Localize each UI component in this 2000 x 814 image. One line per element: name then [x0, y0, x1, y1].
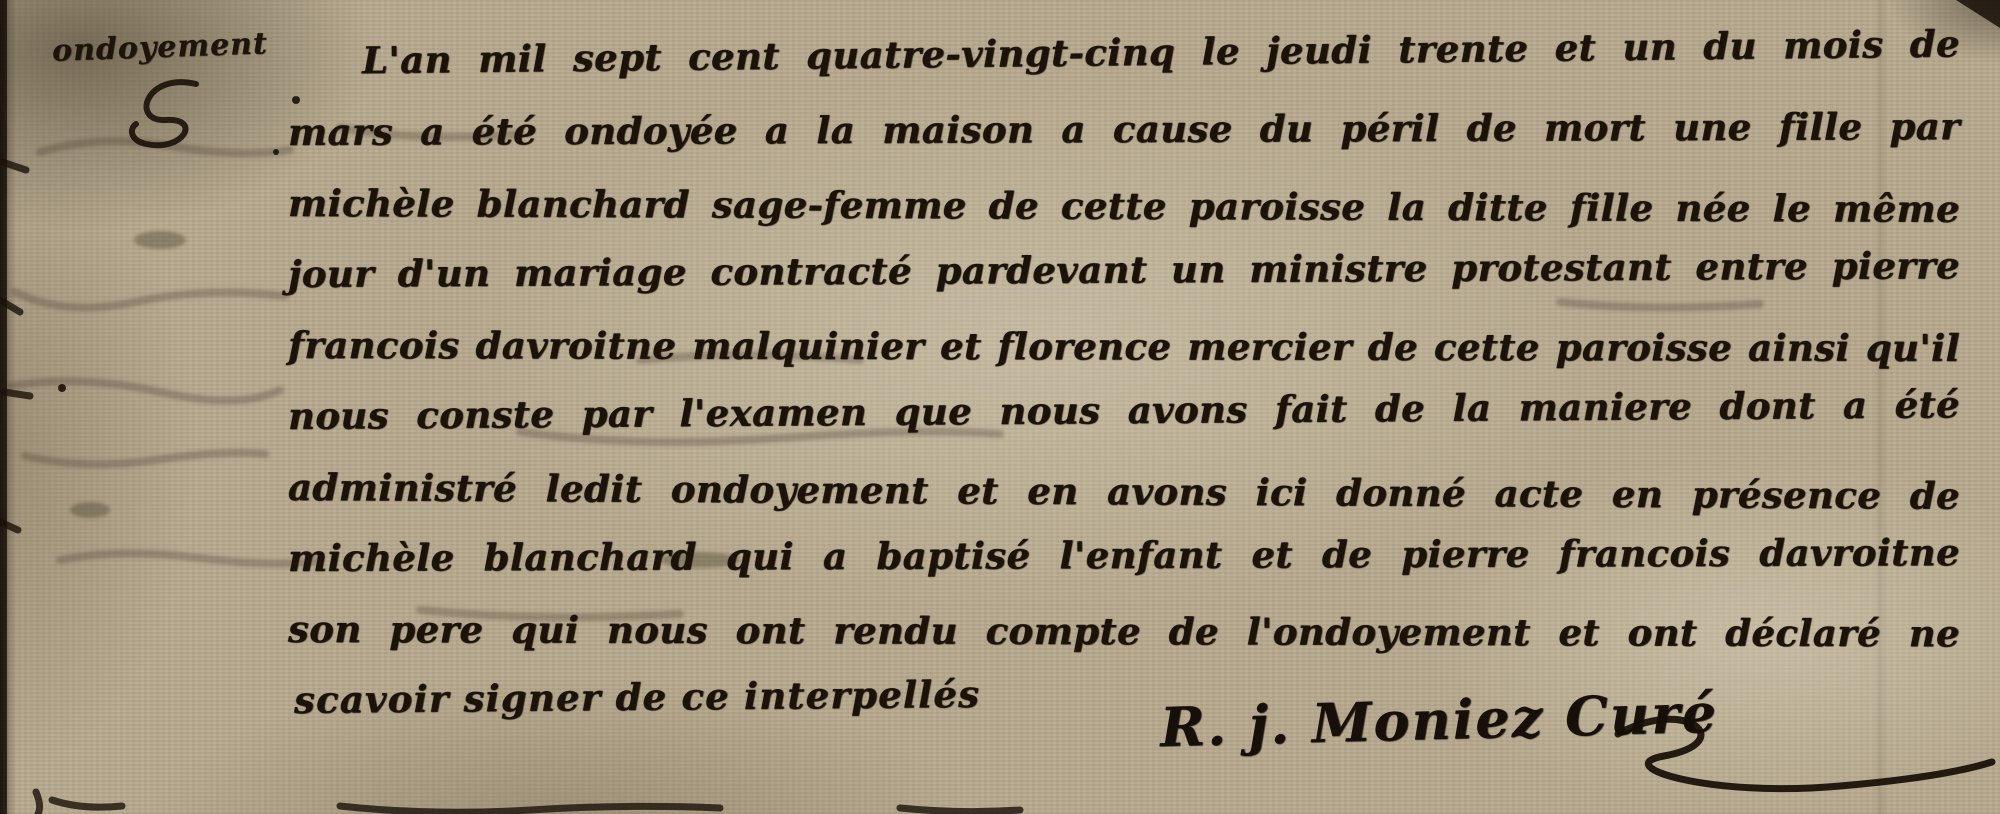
- priest-signature: R. j. Moniez Curé: [1159, 681, 1719, 760]
- record-line: nous conste par l'examen que nous avons …: [288, 369, 1960, 452]
- record-line: jour d'un mariage contracté pardevant un…: [288, 230, 1960, 310]
- record-text: L'an mil sept cent quatre-vingt-cinq le …: [288, 26, 1960, 736]
- record-line: michèle blanchard qui a baptisé l'enfant…: [288, 517, 1960, 594]
- record-line: L'an mil sept cent quatre-vingt-cinq le …: [288, 8, 1961, 97]
- margin-flourish-icon: [118, 78, 248, 168]
- manuscript-page: ondoyement L'an mil sept cent quatre-vin…: [0, 0, 2000, 814]
- record-line: mars a été ondoyée a la maison a cause d…: [288, 91, 1960, 168]
- margin-note: ondoyement: [51, 26, 268, 70]
